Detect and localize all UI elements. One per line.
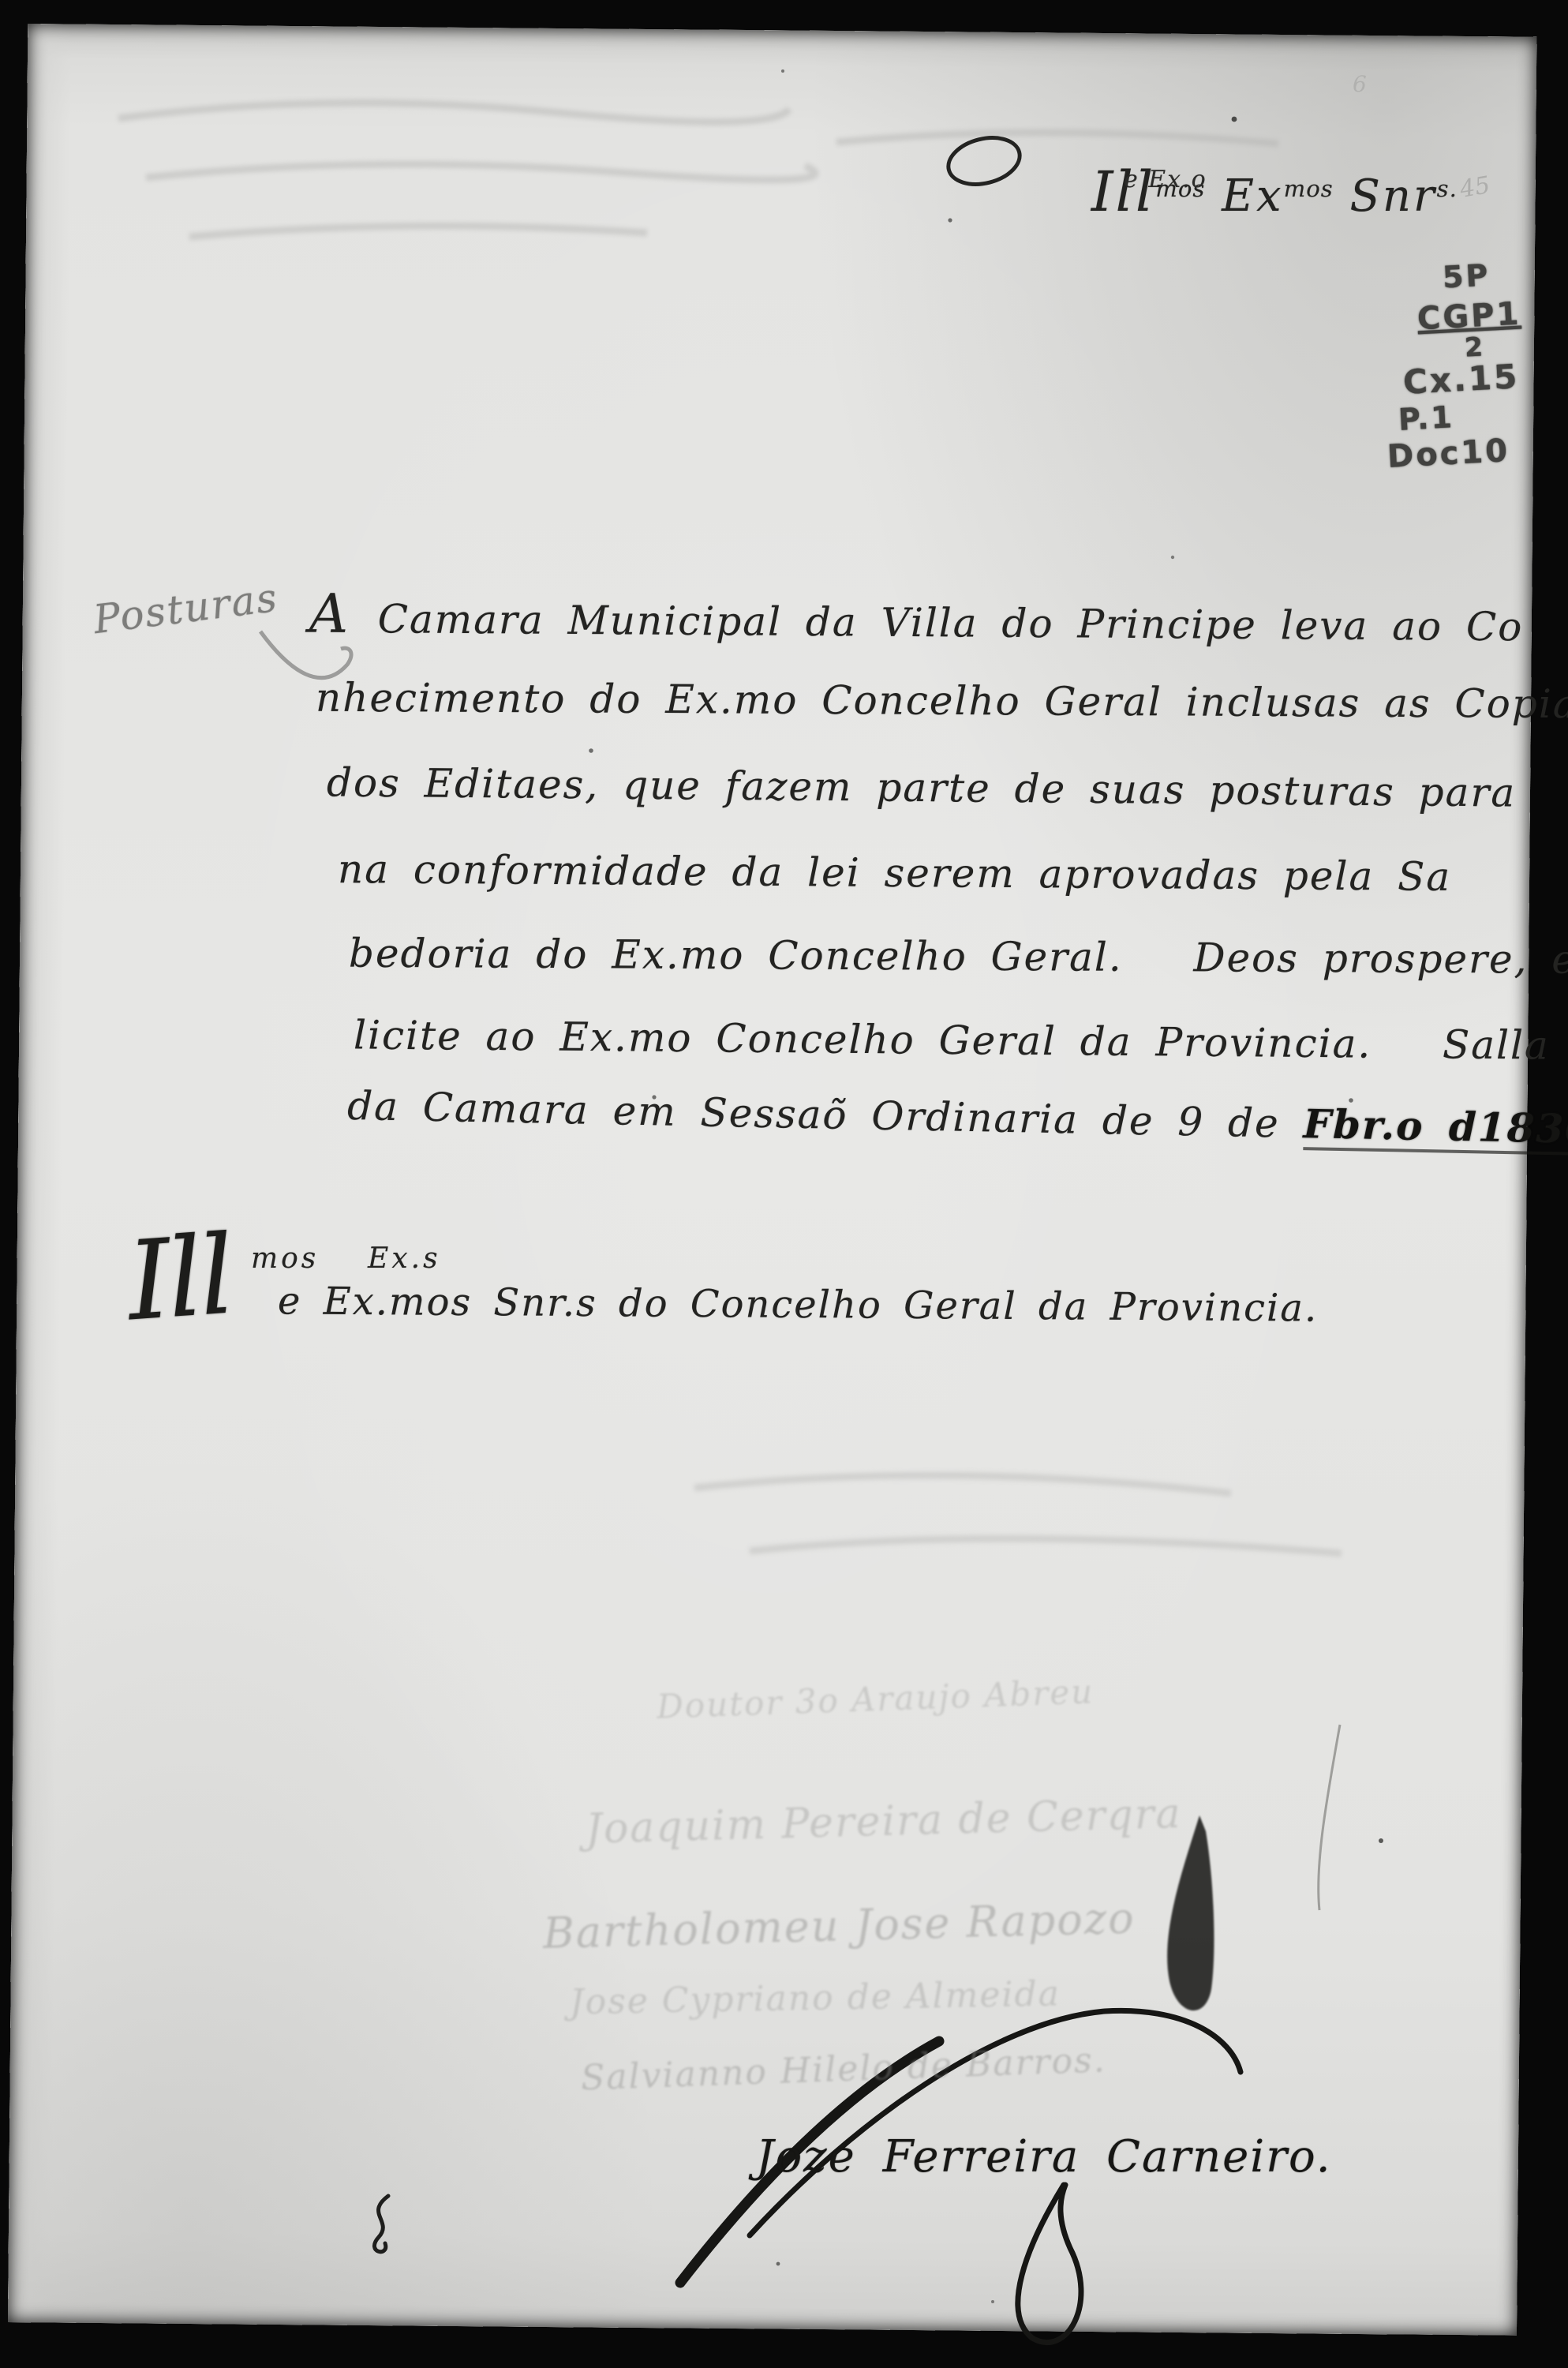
stamp-folder-number: P.1 xyxy=(1398,399,1455,437)
body-line-4: na conformidade da lei serem aprovadas p… xyxy=(338,849,1452,897)
ghost-signature-2: Joaquim Pereira de Cerqra xyxy=(585,1790,1182,1853)
signature-name: Joze Ferreira Carneiro. xyxy=(756,2134,1332,2181)
body-line-6: licite ao Ex.mo Concelho Geral da Provin… xyxy=(354,1014,1550,1066)
stamp-document-number: Doc10 xyxy=(1387,433,1510,475)
pencil-page-number: 45 xyxy=(1458,171,1492,204)
body-line-2: nhecimento do Ex.mo Concelho Geral inclu… xyxy=(316,677,1568,725)
body-line-1: A Camara Municipal da Villa do Principe … xyxy=(309,586,1524,651)
address-superscripts: mos Ex.s xyxy=(251,1244,441,1274)
ghost-signature-1: Doutor 3o Araujo Abreu xyxy=(656,1672,1095,1725)
salutation: Illmos Exmos Snrs. xyxy=(993,117,1458,268)
session-date: Fbr.o d1830 xyxy=(1303,1100,1568,1156)
handwriting-layer: Illmos Exmos Snrs. e Ex.o 5P CGP1 2 Cx.1… xyxy=(0,0,1568,2368)
scanned-manuscript-page: Illmos Exmos Snrs. e Ex.o 5P CGP1 2 Cx.1… xyxy=(0,0,1568,2368)
address-monogram: Ill xyxy=(124,1219,235,1340)
ghost-signature-5: Salvianno Hilelo de Barros. xyxy=(580,2040,1106,2098)
ghost-signature-4: Jose Cypriano de Almeida xyxy=(570,1974,1061,2023)
pencil-small-number: 6 xyxy=(1353,71,1367,97)
ghost-signature-3: Bartholomeu Jose Rapozo xyxy=(542,1893,1136,1958)
body-line-5: bedoria do Ex.mo Concelho Geral. Deos pr… xyxy=(349,933,1568,981)
stamp-fund-code: 5P xyxy=(1442,257,1491,294)
stamp-box-number: Cx.15 xyxy=(1402,357,1521,402)
address-line: e Ex.mos Snr.s do Concelho Geral da Prov… xyxy=(278,1281,1319,1328)
body-line-7: da Camara em Sessaõ Ordinaria de 9 de Fb… xyxy=(347,1085,1568,1151)
drop-cap: A xyxy=(309,583,378,646)
margin-note-posturas: Posturas xyxy=(91,575,280,643)
body-line-3: dos Editaes, que fazem parte de suas pos… xyxy=(327,762,1517,814)
salutation-subscript: e Ex.o xyxy=(1124,167,1207,193)
